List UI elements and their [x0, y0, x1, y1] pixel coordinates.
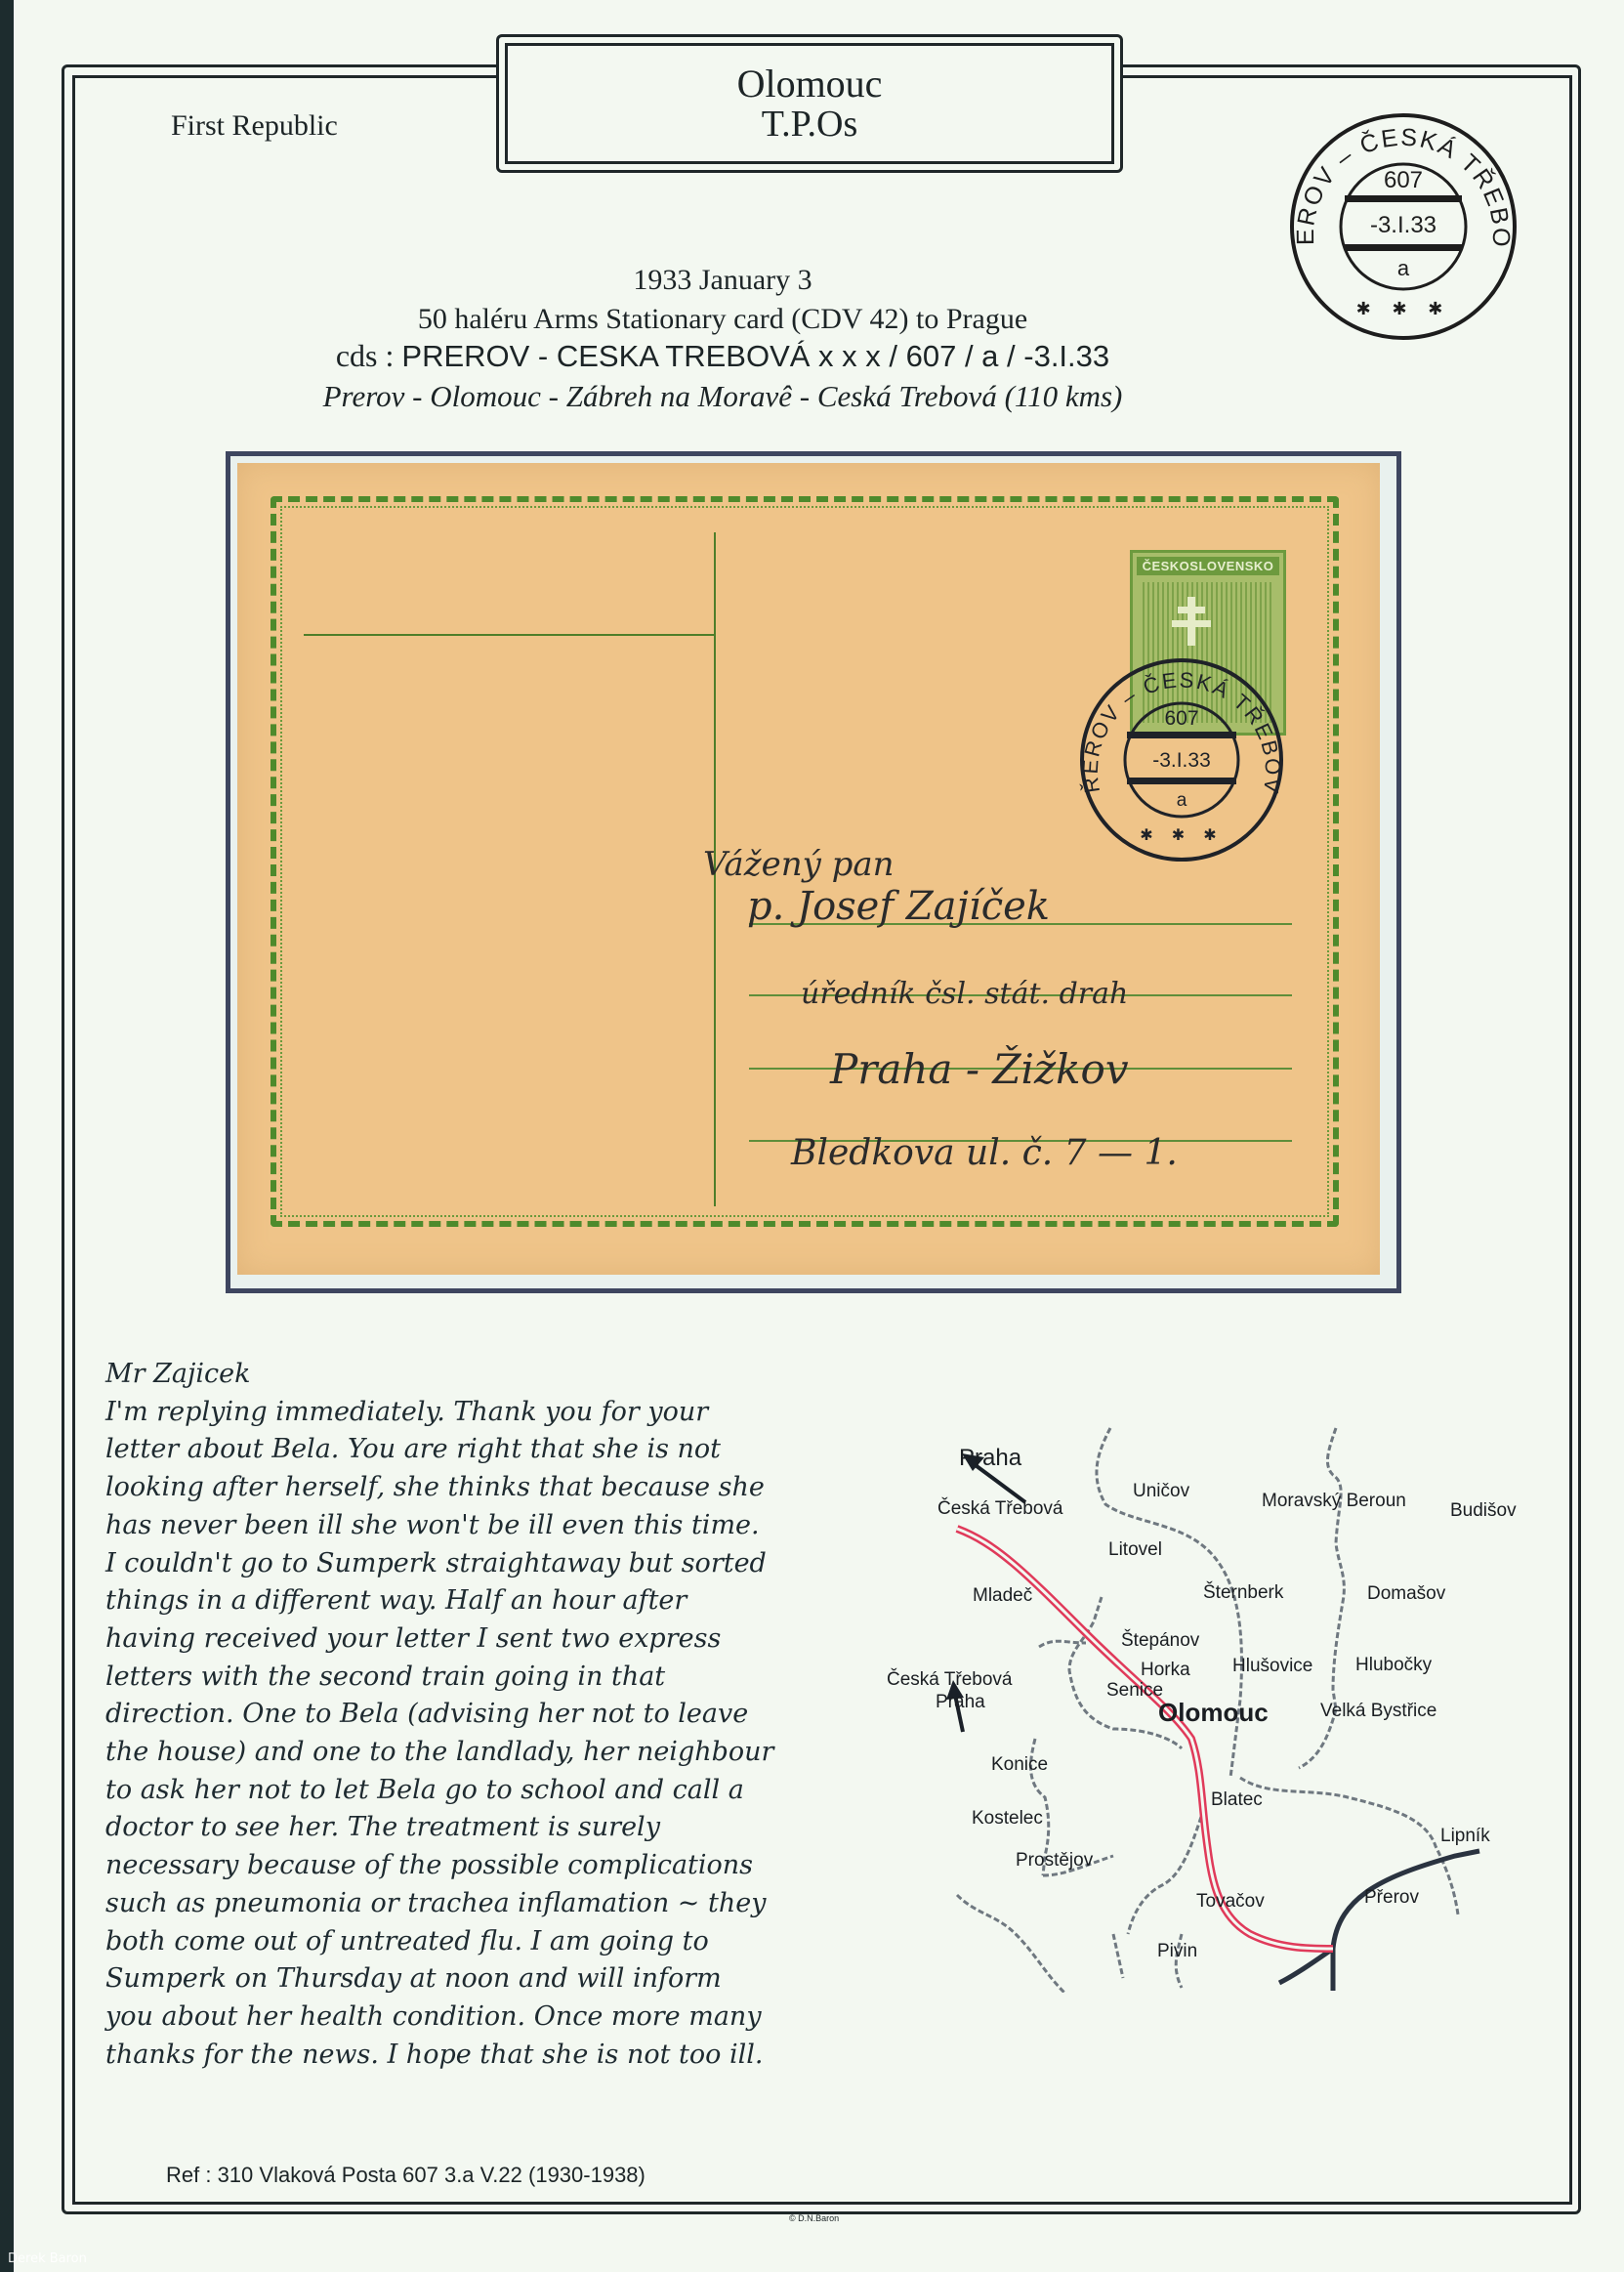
- letter-line: having received your letter I sent two e…: [105, 1620, 887, 1659]
- title-box: Olomouc T.P.Os: [505, 43, 1114, 164]
- letter-line: direction. One to Bela (advising her not…: [105, 1696, 887, 1734]
- svg-text:Litovel: Litovel: [1108, 1539, 1162, 1560]
- copyright: © D.N.Baron: [789, 2213, 839, 2223]
- postmark-date: -3.I.33: [1370, 212, 1437, 238]
- svg-text:Senice: Senice: [1106, 1680, 1163, 1701]
- card-postmark: PŘEROV – ČESKÁ TŘEBOVA 607 -3.I.33 a ✱ ✱…: [1074, 652, 1289, 867]
- letter-line: Sumperk on Thursday at noon and will inf…: [105, 1960, 887, 1999]
- svg-text:Uničov: Uničov: [1133, 1481, 1190, 1501]
- address-city: Praha - Žižkov: [830, 1045, 1129, 1093]
- letter-transcription: Mr Zajicek I'm replying immediately. Tha…: [105, 1356, 887, 2074]
- letter-line: thanks for the news. I hope that she is …: [105, 2037, 887, 2075]
- svg-text:Domašov: Domašov: [1367, 1583, 1446, 1604]
- cover-date: 1933 January 3: [234, 264, 1211, 297]
- address-street: Bledkova ul. č. 7 — 1.: [791, 1133, 1178, 1173]
- address-name: p. Josef Zajíček: [747, 884, 1050, 929]
- svg-text:Mladeč: Mladeč: [973, 1585, 1032, 1606]
- svg-text:607: 607: [1164, 707, 1198, 730]
- svg-text:-3.I.33: -3.I.33: [1152, 749, 1211, 772]
- postmark-number: 607: [1384, 167, 1423, 193]
- letter-line: such as pneumonia or trachea inflamation…: [105, 1885, 887, 1923]
- svg-text:Moravský Beroun: Moravský Beroun: [1262, 1491, 1406, 1511]
- cds-prefix: cds :: [336, 338, 395, 373]
- cover-description: 50 haléru Arms Stationary card (CDV 42) …: [234, 303, 1211, 336]
- svg-text:Hlušovice: Hlušovice: [1232, 1656, 1312, 1676]
- svg-text:Tovačov: Tovačov: [1196, 1891, 1265, 1912]
- postmark-letter: a: [1397, 256, 1410, 280]
- cds-value: PREROV - CESKA TREBOVÁ x x x / 607 / a /…: [401, 339, 1109, 373]
- svg-text:Budišov: Budišov: [1450, 1500, 1517, 1521]
- svg-text:Hlubočky: Hlubočky: [1355, 1655, 1433, 1675]
- reference-note: Ref : 310 Vlaková Posta 607 3.a V.22 (19…: [166, 2163, 645, 2188]
- letter-line: doctor to see her. The treatment is sure…: [105, 1809, 887, 1847]
- letter-line: necessary because of the possible compli…: [105, 1847, 887, 1885]
- postmark-illustration: PŘEROV – ČESKÁ TŘEBOVA 607 -3.I.33 a ✱ ✱…: [1284, 107, 1522, 346]
- cds-line: cds : PREROV - CESKA TREBOVÁ x x x / 607…: [234, 338, 1211, 374]
- svg-text:✱ ✱ ✱: ✱ ✱ ✱: [1140, 825, 1223, 844]
- address-salutation: Vážený pan: [703, 845, 895, 884]
- svg-text:Prostějov: Prostějov: [1016, 1850, 1094, 1871]
- page-title: Olomouc: [737, 63, 883, 105]
- stamp-country: ČESKOSLOVENSKO: [1137, 557, 1279, 575]
- scan-edge: [0, 0, 14, 2272]
- svg-text:a: a: [1177, 790, 1187, 811]
- watermark: Derek Baron: [8, 2251, 87, 2266]
- svg-text:Kostelec: Kostelec: [972, 1808, 1043, 1829]
- letter-line: I'm replying immediately. Thank you for …: [105, 1394, 887, 1432]
- svg-text:Šternberk: Šternberk: [1203, 1581, 1284, 1603]
- svg-text:Velká Bystřice: Velká Bystřice: [1320, 1701, 1437, 1721]
- letter-line: the house) and one to the landlady, her …: [105, 1734, 887, 1772]
- svg-text:Lipník: Lipník: [1440, 1826, 1490, 1846]
- letter-line: to ask her not to let Bela go to school …: [105, 1772, 887, 1810]
- svg-text:Konice: Konice: [991, 1754, 1048, 1775]
- route-description: Prerov - Olomouc - Zábreh na Moravê - Ce…: [234, 379, 1211, 414]
- section-label: First Republic: [171, 109, 338, 143]
- svg-text:Česká Třebová: Česká Třebová: [937, 1497, 1063, 1519]
- letter-line: things in a different way. Half an hour …: [105, 1582, 887, 1620]
- svg-text:Štepánov: Štepánov: [1121, 1629, 1200, 1651]
- letter-line: letter about Bela. You are right that sh…: [105, 1431, 887, 1469]
- letter-line: you about her health condition. Once mor…: [105, 1999, 887, 2037]
- railway-map: Praha Česká Třebová Uničov Moravský Bero…: [879, 1407, 1562, 1993]
- letter-line: has never been ill she won't be ill even…: [105, 1507, 887, 1545]
- letter-line: letters with the second train going in t…: [105, 1659, 887, 1697]
- svg-text:Praha: Praha: [959, 1445, 1022, 1471]
- letter-line: both come out of untreated flu. I am goi…: [105, 1923, 887, 1961]
- svg-text:Blatec: Blatec: [1211, 1789, 1263, 1810]
- svg-text:Přerov: Přerov: [1364, 1887, 1419, 1908]
- card-divider-horizontal: [304, 634, 715, 636]
- letter-line: Mr Zajicek: [105, 1356, 887, 1394]
- letter-line: looking after herself, she thinks that b…: [105, 1469, 887, 1507]
- svg-text:Pivin: Pivin: [1157, 1941, 1197, 1961]
- svg-text:Česká Třebová: Česká Třebová: [887, 1668, 1013, 1690]
- address-title: úředník čsl. stát. drah: [801, 977, 1128, 1011]
- page-subtitle: T.P.Os: [762, 105, 858, 144]
- svg-text:Horka: Horka: [1141, 1660, 1190, 1680]
- postmark-stars: ✱ ✱ ✱: [1356, 299, 1451, 319]
- letter-line: I couldn't go to Sumperk straightaway bu…: [105, 1545, 887, 1583]
- svg-text:Olomouc: Olomouc: [1158, 1698, 1269, 1727]
- svg-text:Praha: Praha: [936, 1692, 985, 1712]
